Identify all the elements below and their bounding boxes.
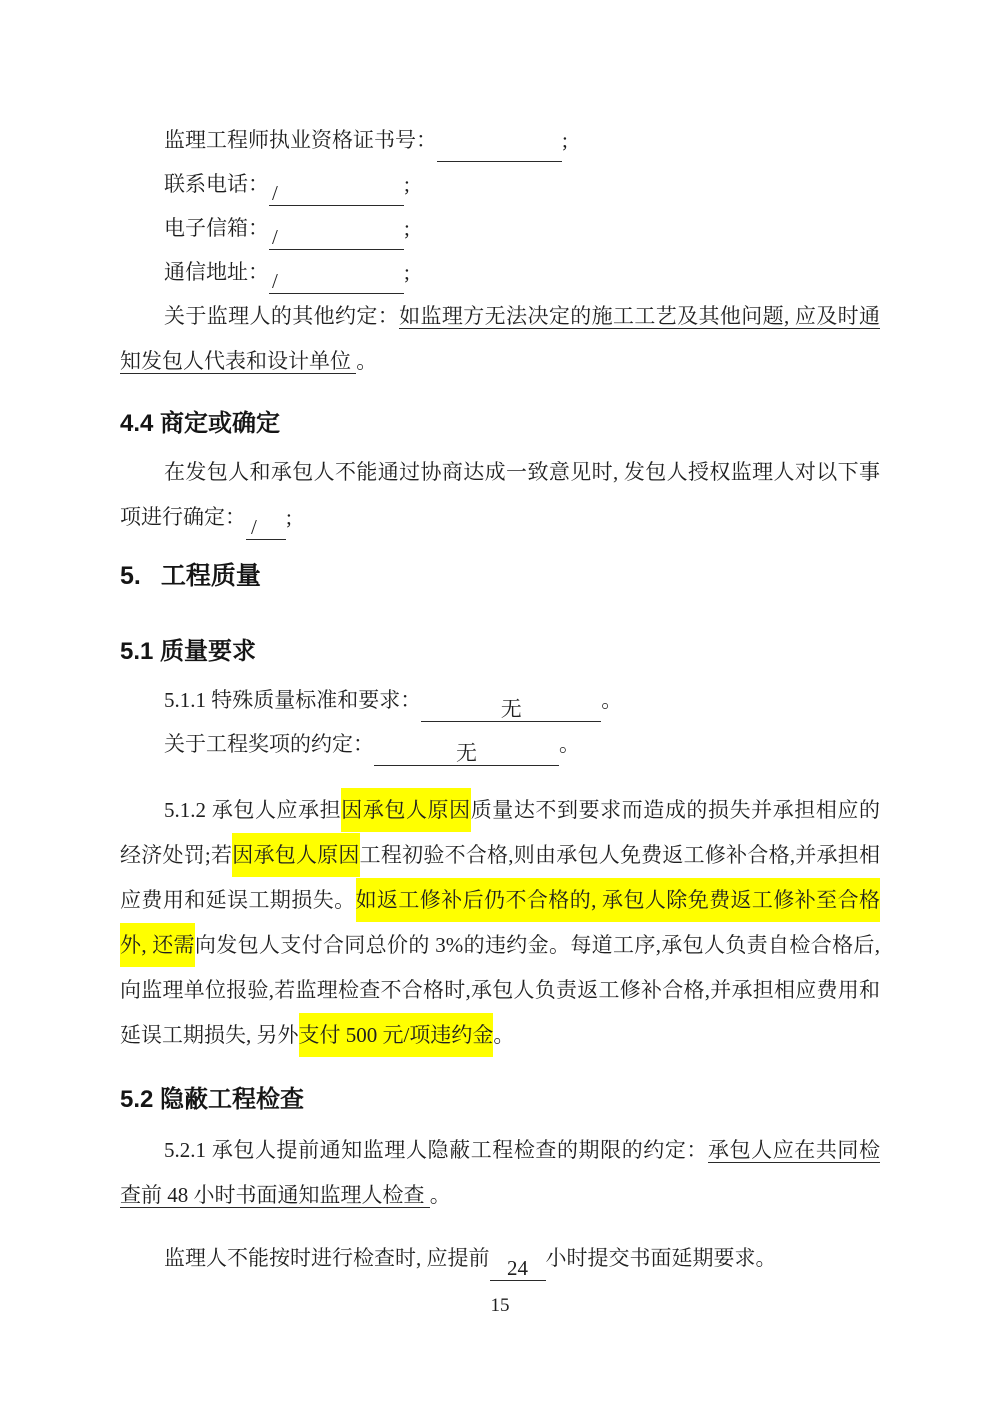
para-5-2-1-period: 。	[430, 1183, 451, 1207]
line-5-1-1-special-standards: 5.1.1 特殊质量标准和要求：无。	[120, 678, 880, 722]
inspection-delay-hours-blank: 24	[490, 1251, 546, 1281]
heading-4-4-negotiation: 4.4 商定或确定	[120, 408, 880, 440]
cert-number-semicolon: ;	[562, 128, 568, 152]
page-number: 15	[120, 1295, 880, 1317]
other-agreements-lead: 关于监理人的其他约定：	[164, 304, 399, 328]
para-5-1-2-contractor-liability: 5.1.2 承包人应承担因承包人原因质量达不到要求而造成的损失并承担相应的经济处…	[120, 788, 880, 1058]
field-line-address: 通信地址：/;	[120, 250, 880, 294]
phone-label: 联系电话：	[164, 172, 269, 196]
document-page: 监理工程师执业资格证书号：; 联系电话：/; 电子信箱：/; 通信地址：/; 关…	[0, 0, 1000, 1415]
para-other-agreements: 关于监理人的其他约定：如监理方无法决定的施工工艺及其他问题, 应及时通知发包人代…	[120, 294, 880, 384]
email-blank: /	[269, 220, 404, 250]
inspection-delay-post: 小时提交书面延期要求。	[546, 1246, 777, 1270]
heading-5-title: 工程质量	[161, 562, 261, 590]
field-line-email: 电子信箱：/;	[120, 206, 880, 250]
para-5-1-2-seg-highlight: 因承包人原因	[341, 788, 470, 832]
para-5-1-2-seg-plain: 5.1.2 承包人应承担	[164, 798, 341, 822]
special-standards-blank: 无	[421, 692, 601, 722]
cert-number-blank	[437, 132, 562, 162]
project-awards-blank: 无	[374, 736, 559, 766]
para-5-1-2-seg-plain: 。	[493, 1023, 514, 1047]
para-5-2-1-notice-period: 5.2.1 承包人提前通知监理人隐蔽工程检查的期限的约定：承包人应在共同检查前 …	[120, 1128, 880, 1218]
phone-blank: /	[269, 176, 404, 206]
para-5-2-1-lead: 5.2.1 承包人提前通知监理人隐蔽工程检查的期限的约定：	[164, 1138, 708, 1162]
inspection-delay-pre: 监理人不能按时进行检查时, 应提前	[164, 1246, 490, 1270]
heading-5-2-hidden-works-inspection: 5.2 隐蔽工程检查	[120, 1084, 880, 1116]
special-standards-label: 5.1.1 特殊质量标准和要求：	[164, 688, 421, 712]
email-label: 电子信箱：	[164, 216, 269, 240]
field-line-phone: 联系电话：/;	[120, 162, 880, 206]
address-semicolon: ;	[404, 260, 410, 284]
special-standards-period: 。	[601, 688, 622, 712]
project-awards-period: 。	[559, 732, 580, 756]
para-4-4-semicolon: ;	[286, 505, 292, 529]
para-5-1-2-seg-highlight: 因承包人原因	[232, 833, 359, 877]
email-semicolon: ;	[404, 216, 410, 240]
address-blank: /	[269, 264, 404, 294]
address-label: 通信地址：	[164, 260, 269, 284]
cert-number-label: 监理工程师执业资格证书号：	[164, 128, 437, 152]
heading-5-number: 5.	[120, 562, 141, 590]
project-awards-label: 关于工程奖项的约定：	[164, 732, 374, 756]
line-project-awards: 关于工程奖项的约定：无。	[120, 722, 880, 766]
para-4-4-body: 在发包人和承包人不能通过协商达成一致意见时, 发包人授权监理人对以下事项进行确定…	[120, 450, 880, 540]
para-inspection-delay: 监理人不能按时进行检查时, 应提前24小时提交书面延期要求。	[120, 1236, 880, 1281]
field-line-cert-number: 监理工程师执业资格证书号：;	[120, 118, 880, 162]
other-agreements-period: 。	[356, 349, 377, 373]
para-4-4-blank: /	[246, 510, 286, 540]
heading-5-project-quality: 5.工程质量	[120, 560, 880, 592]
phone-semicolon: ;	[404, 172, 410, 196]
heading-5-1-quality-requirements: 5.1 质量要求	[120, 636, 880, 668]
para-5-1-2-seg-highlight: 支付 500 元/项违约金	[299, 1013, 494, 1057]
para-4-4-lead: 在发包人和承包人不能通过协商达成一致意见时, 发包人授权监理人对以下事项进行确定…	[120, 460, 880, 529]
